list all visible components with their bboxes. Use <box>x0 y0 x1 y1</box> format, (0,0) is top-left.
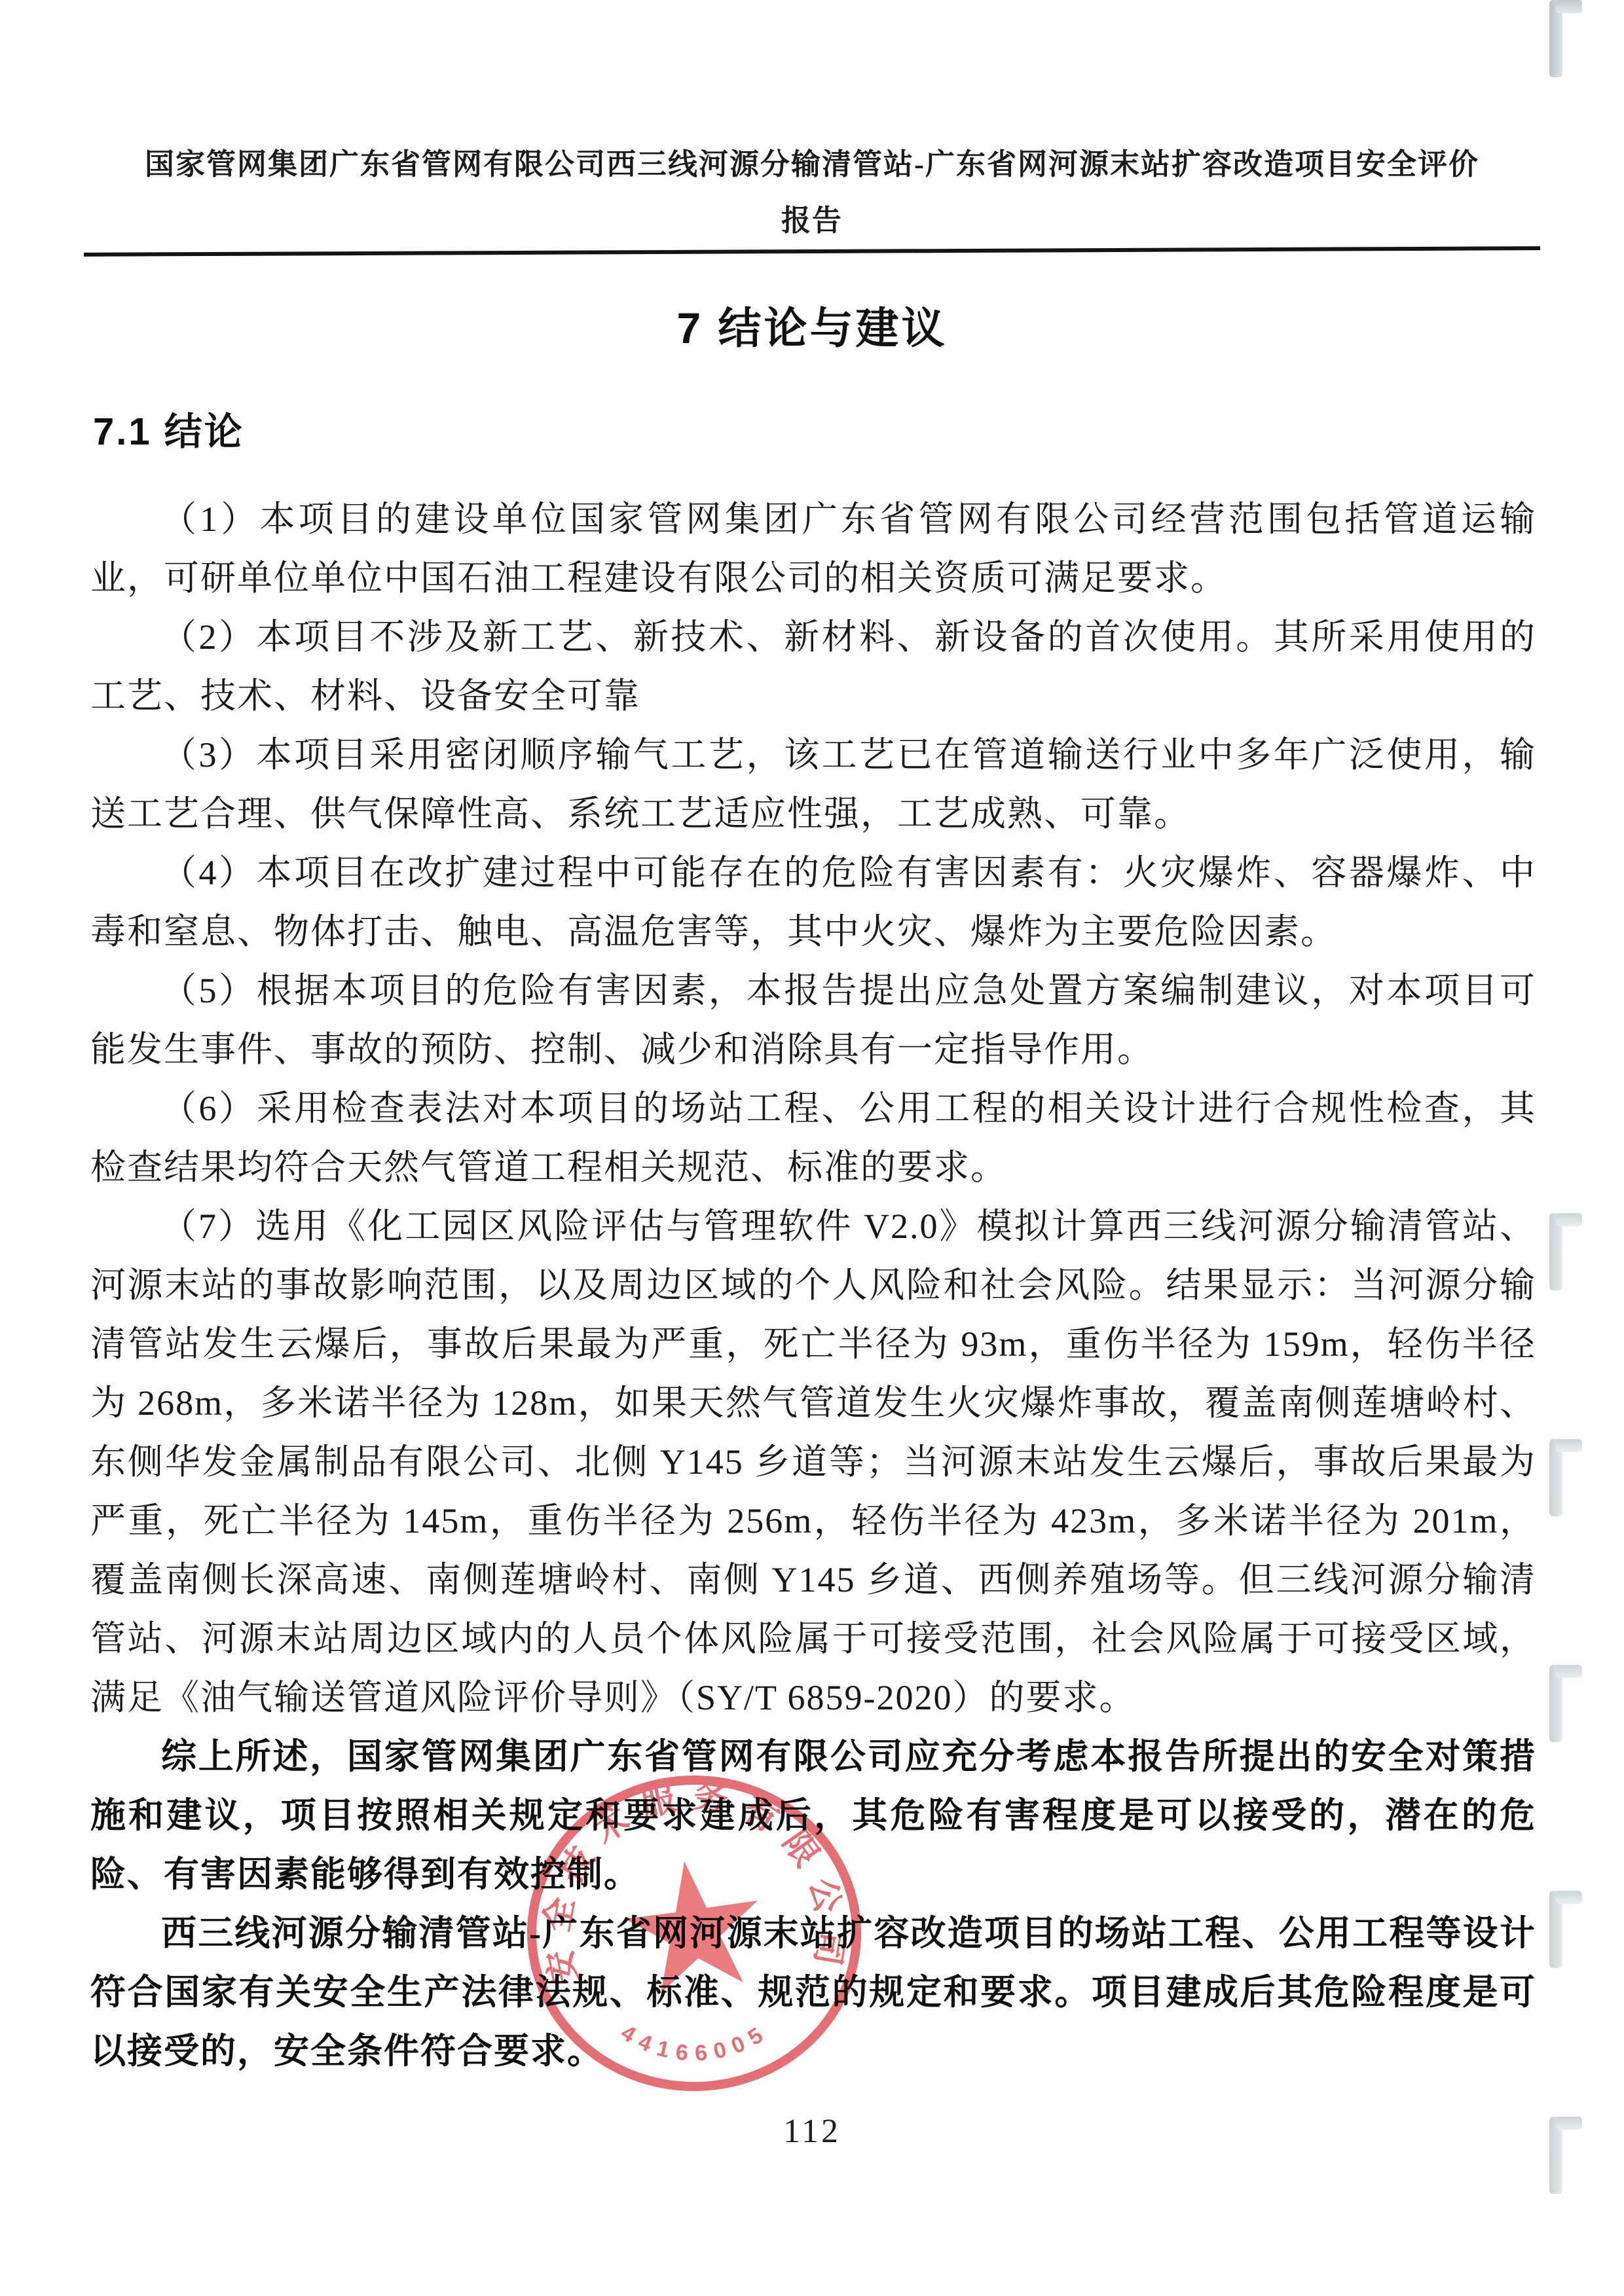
page-number: 112 <box>0 2112 1624 2151</box>
chapter-title: 7 结论与建议 <box>0 293 1624 355</box>
binder-mark <box>1549 1213 1582 1290</box>
body-text: （1）本项目的建设单位国家管网集团广东省管网有限公司经营范围包括管道运输业，可研… <box>90 490 1536 2081</box>
binder-mark <box>1549 1665 1582 1742</box>
binder-mark <box>1549 1439 1582 1516</box>
body-paragraph: （3）本项目采用密闭顺序输气工艺，该工艺已在管道输送行业中多年广泛使用，输送工艺… <box>90 725 1536 843</box>
body-paragraph: 西三线河源分输清管站-广东省网河源末站扩容改造项目的场站工程、公用工程等设计符合… <box>90 1904 1536 2081</box>
report-page: 国家管网集团广东省管网有限公司西三线河源分输清管站-广东省网河源末站扩容改造项目… <box>0 0 1624 2296</box>
page-header: 国家管网集团广东省管网有限公司西三线河源分输清管站-广东省网河源末站扩容改造项目… <box>92 136 1532 249</box>
header-title-line1: 国家管网集团广东省管网有限公司西三线河源分输清管站-广东省网河源末站扩容改造项目… <box>92 136 1532 192</box>
body-paragraph: （6）采用检查表法对本项目的场站工程、公用工程的相关设计进行合规性检查，其检查结… <box>90 1079 1536 1197</box>
body-paragraph: （7）选用《化工园区风险评估与管理软件 V2.0》模拟计算西三线河源分输清管站、… <box>90 1197 1536 1727</box>
binder-mark <box>1549 1891 1582 1968</box>
section-title: 7.1 结论 <box>93 401 244 456</box>
body-paragraph: 综上所述，国家管网集团广东省管网有限公司应充分考虑本报告所提出的安全对策措施和建… <box>90 1727 1536 1904</box>
body-paragraph: （5）根据本项目的危险有害因素，本报告提出应急处置方案编制建议，对本项目可能发生… <box>90 961 1536 1079</box>
body-paragraph: （2）本项目不涉及新工艺、新技术、新材料、新设备的首次使用。其所采用使用的工艺、… <box>90 608 1536 725</box>
header-title-line2: 报告 <box>92 192 1532 249</box>
body-paragraph: （4）本项目在改扩建过程中可能存在的危险有害因素有：火灾爆炸、容器爆炸、中毒和窒… <box>90 843 1536 961</box>
binder-mark <box>1549 0 1582 77</box>
body-paragraph: （1）本项目的建设单位国家管网集团广东省管网有限公司经营范围包括管道运输业，可研… <box>90 490 1536 608</box>
